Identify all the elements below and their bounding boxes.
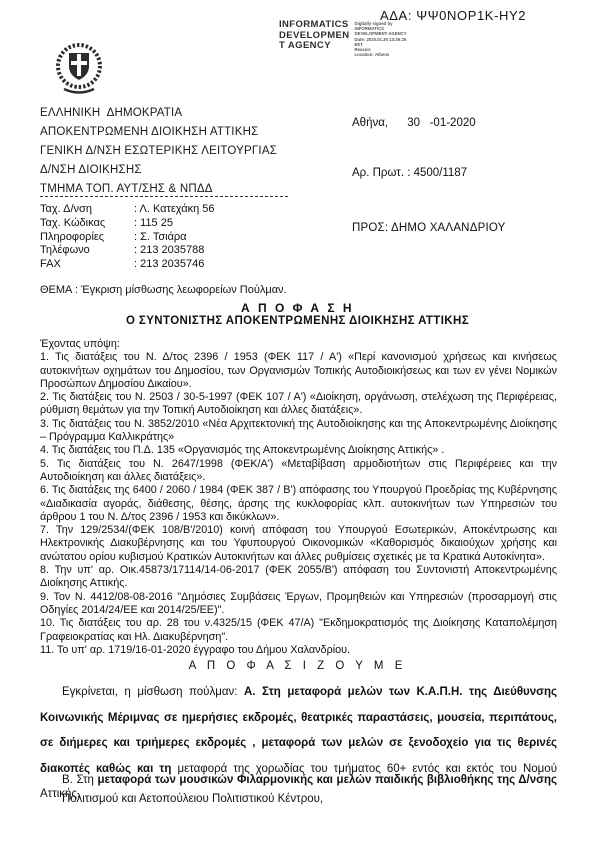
considerations-intro: Έχοντας υπόψη: (40, 338, 557, 351)
recipient-line: ΠΡΟΣ: ΔΗΜΟ ΧΑΛΑΝΔΡΙΟΥ (352, 222, 505, 234)
signature-agency-name: INFORMATICS DEVELOPMEN T AGENCY (279, 20, 350, 57)
digital-signature-stamp: INFORMATICS DEVELOPMEN T AGENCY Digitall… (279, 20, 407, 57)
contact-value: : 115 25 (134, 217, 215, 231)
contact-value: : 213 2035788 (134, 244, 215, 258)
consideration-item: 9. Τον Ν. 4412/08-08-2016 "Δημόσιες Συμβ… (40, 591, 557, 618)
contact-row: Ταχ. Δ/νση : Λ. Κατεχάκη 56 (40, 203, 215, 217)
consideration-item: 7. Την 129/2534/(ΦΕΚ 108/Β'/2010) κοινή … (40, 524, 557, 564)
considerations-list: Έχοντας υπόψη: 1. Τις διατάξεις του Ν. Δ… (40, 338, 557, 657)
contact-row: FAX : 213 2035746 (40, 258, 215, 272)
contact-row: Πληροφορίες : Σ. Τσιάρα (40, 231, 215, 245)
consideration-item: 8. Την υπ' αρ. Οικ.45873/17114/14-06-201… (40, 564, 557, 591)
verdict-a-bold: Α. Στη μεταφορά μελών των Κ.Α.Π.Η. της Δ… (40, 686, 557, 775)
contact-value: : Σ. Τσιάρα (134, 231, 215, 245)
greek-coat-of-arms-icon (54, 42, 104, 98)
contact-label: Τηλέφωνο (40, 244, 134, 258)
verdict-b-intro: Β. Στη (62, 774, 98, 786)
signature-details: Digitally signed by INFORMATICS DEVELOPM… (355, 20, 407, 57)
consideration-item: 3. Τις διατάξεις του Ν. 3852/2010 «Νέα Α… (40, 418, 557, 445)
verdict-heading: Α Π Ο Φ Α Σ Ι Ζ Ο Υ Μ Ε (0, 660, 595, 672)
contact-label: Πληροφορίες (40, 231, 134, 245)
consideration-item: 5. Τις διατάξεις του Ν. 2647/1998 (ΦΕΚ/Α… (40, 458, 557, 485)
subject-line: ΘΕΜΑ : Έγκριση μίσθωσης λεωφορείων Πούλμ… (40, 284, 287, 296)
contact-value: : Λ. Κατεχάκη 56 (134, 203, 215, 217)
consideration-item: 6. Τις διατάξεις της 6400 / 2060 / 1984 … (40, 484, 557, 524)
consideration-item: 4. Τις διατάξεις του Π.Δ. 135 «Οργανισμό… (40, 444, 557, 457)
city-and-date: Αθήνα, 30 -01-2020 (352, 117, 476, 129)
consideration-item: 1. Τις διατάξεις του Ν. Δ/τος 2396 / 195… (40, 351, 557, 391)
dashed-separator (40, 196, 288, 197)
authority-line: ΑΠΟΚΕΝΤΡΩΜΕΝΗ ΔΙΟΙΚΗΣΗ ΑΤΤΙΚΗΣ (40, 123, 277, 142)
contact-details-block: Ταχ. Δ/νση : Λ. Κατεχάκη 56 Ταχ. Κώδικας… (40, 203, 215, 272)
contact-label: Ταχ. Κώδικας (40, 217, 134, 231)
issuing-authority-block: ΕΛΛΗΝΙΚΗ ΔΗΜΟΚΡΑΤΙΑ ΑΠΟΚΕΝΤΡΩΜΕΝΗ ΔΙΟΙΚΗ… (40, 104, 277, 199)
contact-label: Ταχ. Δ/νση (40, 203, 134, 217)
contact-row: Ταχ. Κώδικας : 115 25 (40, 217, 215, 231)
authority-line: ΓΕΝΙΚΗ Δ/ΝΣΗ ΕΣΩΤΕΡΙΚΗΣ ΛΕΙΤΟΥΡΓΙΑΣ (40, 142, 277, 161)
consideration-item: 10. Τις διατάξεις του αρ. 28 του ν.4325/… (40, 617, 557, 644)
contact-label: FAX (40, 258, 134, 272)
consideration-item: 2. Τις διατάξεις του Ν. 2503 / 30-5-1997… (40, 391, 557, 418)
authority-line: ΕΛΛΗΝΙΚΗ ΔΗΜΟΚΡΑΤΙΑ (40, 104, 277, 123)
verdict-paragraph-b: Β. Στη μεταφορά των μουσικών Φιλαρμονική… (62, 771, 557, 809)
decision-title: Α Π Ο Φ Α Σ Η (0, 301, 595, 315)
verdict-b-tail: Πολιτισμού και Αετοπούλειου Πολιτιστικού… (62, 793, 323, 805)
authority-line: Δ/ΝΣΗ ΔΙΟΙΚΗΣΗΣ (40, 161, 277, 180)
verdict-b-bold: μεταφορά των μουσικών Φιλαρμονικής και μ… (98, 774, 557, 786)
verdict-a-intro: Εγκρίνεται, η μίσθωση πούλμαν: (62, 686, 244, 698)
decision-subtitle: Ο ΣΥΝΤΟΝΙΣΤΗΣ ΑΠΟΚΕΝΤΡΩΜΕΝΗΣ ΔΙΟΙΚΗΣΗΣ Α… (0, 315, 595, 327)
contact-row: Τηλέφωνο : 213 2035788 (40, 244, 215, 258)
document-page: ΑΔΑ: ΨΨ0ΝΟΡ1Κ-ΗΥ2 INFORMATICS DEVELOPMEN… (0, 0, 595, 842)
protocol-number: Αρ. Πρωτ. : 4500/1187 (352, 167, 467, 179)
contact-value: : 213 2035746 (134, 258, 215, 272)
consideration-item: 11. Το υπ' αρ. 1719/16-01-2020 έγγραφο τ… (40, 644, 557, 657)
